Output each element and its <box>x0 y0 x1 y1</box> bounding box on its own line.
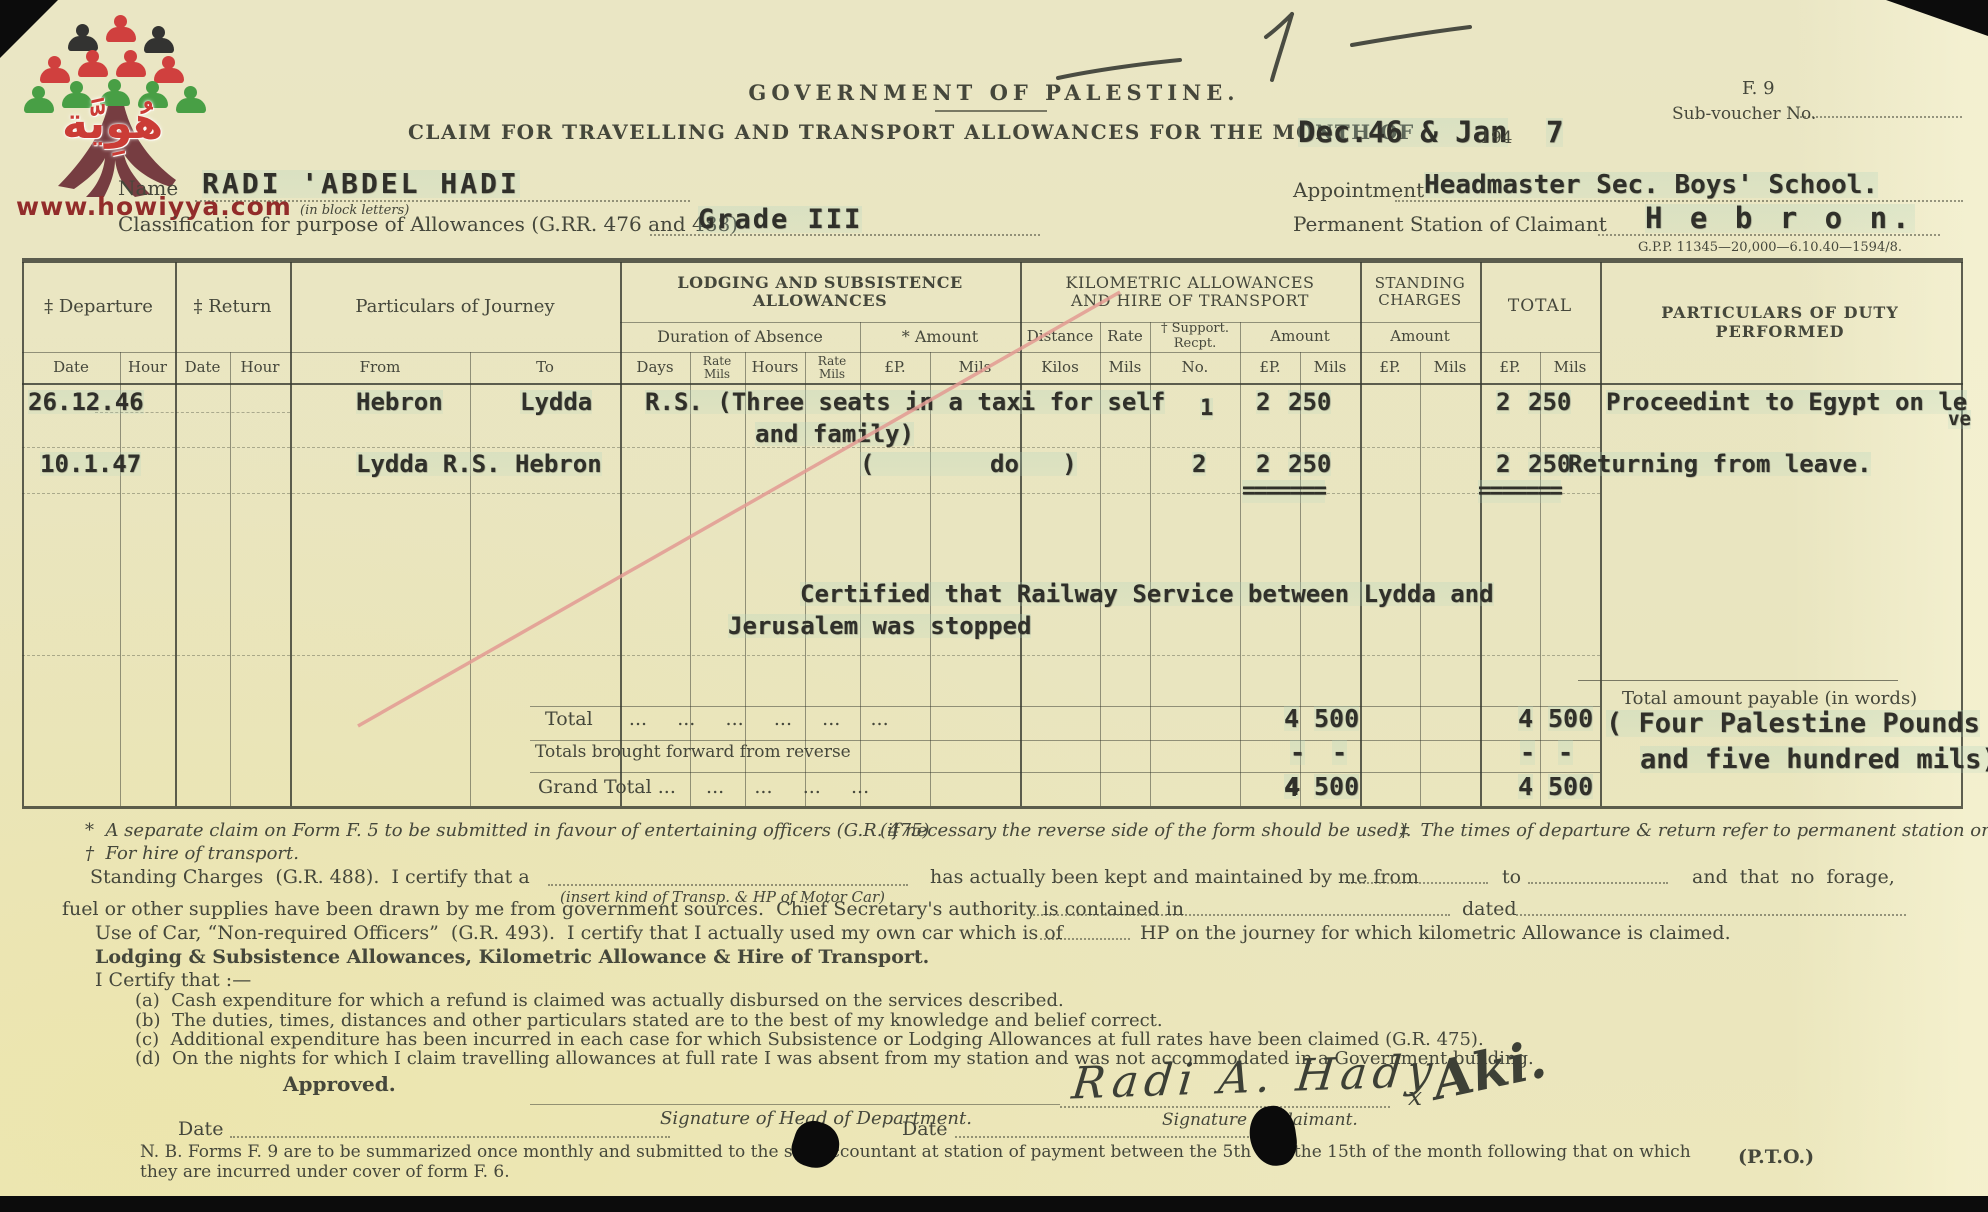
certify-item-b: (b) The duties, times, distances and oth… <box>135 1010 1163 1031</box>
table-line <box>690 352 691 806</box>
classification-label: Classification for purpose of Allowances… <box>118 212 738 236</box>
total-amount-lp: 4 <box>1284 706 1299 731</box>
col-ret-hour: Hour <box>230 352 290 383</box>
print-reference: G.P.P. 11345—20,000—6.10.40—1594/8. <box>1638 240 1902 255</box>
table-line <box>22 383 1963 385</box>
subhead-amount: Amount <box>1240 322 1360 352</box>
to-line <box>1528 882 1668 884</box>
logo-arabic-text: هُوِيَّة <box>62 98 163 149</box>
date-line-left <box>230 1136 670 1138</box>
col-mils-1: Mils <box>930 352 1020 383</box>
payable-words-line2: and five hundred mils) <box>1640 746 1988 773</box>
grand-total-mils: 500 <box>1548 774 1593 799</box>
table-line <box>1600 262 1602 806</box>
col-mils-rate: Mils <box>1100 352 1150 383</box>
col-lp-1: £P. <box>860 352 930 383</box>
subhead-standing-amount: Amount <box>1360 322 1480 352</box>
certify-item-c: (c) Additional expenditure has been incu… <box>135 1029 1484 1050</box>
fuel-supplies-text: fuel or other supplies have been drawn b… <box>62 898 1184 920</box>
col-kilos: Kilos <box>1020 352 1100 383</box>
nb-note: N. B. Forms F. 9 are to be summarized on… <box>140 1142 1720 1182</box>
table-line <box>230 352 231 806</box>
payable-in-words-label: Total amount payable (in words) <box>1622 688 1917 709</box>
i-certify-heading: I Certify that :— <box>95 969 251 991</box>
row1-amount-mils: 250 <box>1288 390 1331 414</box>
table-line <box>120 352 121 806</box>
row2-departure-date: 10.1.47 <box>40 452 141 476</box>
date-label-right: Date <box>902 1118 947 1140</box>
station-line <box>1598 234 1940 236</box>
row2-total-mils: 250 <box>1528 452 1571 476</box>
col-group-total: TOTAL <box>1480 262 1600 352</box>
row1-from: Hebron <box>356 390 443 414</box>
kept-maintained-text: has actually been kept and maintained by… <box>930 866 1419 888</box>
table-line <box>470 352 471 806</box>
row1-description-cont: and family) <box>755 422 914 446</box>
sub-voucher-label: Sub-voucher No. <box>1672 104 1816 124</box>
standing-charges-certify: Standing Charges (G.R. 488). I certify t… <box>90 866 530 888</box>
logo-person-icon <box>154 56 184 83</box>
row2-duty: Returning from leave. <box>1568 452 1871 476</box>
from-line <box>1348 882 1488 884</box>
grand-total-lp: 4 <box>1518 774 1533 799</box>
amount-equals-mark: ======= <box>1242 480 1325 503</box>
year-printed: 194 <box>1480 128 1512 148</box>
col-mils-4: Mils <box>1540 352 1600 383</box>
table-line <box>1420 352 1421 806</box>
month-typed: Dec.46 & Jan <box>1298 118 1508 147</box>
col-lp-4: £P. <box>1480 352 1540 383</box>
row1-support-no: 1 <box>1200 398 1213 420</box>
row1-description: R.S. (Three seats in a taxi for self <box>645 390 1165 414</box>
grand-amount-lp: 4 <box>1284 774 1299 799</box>
transport-kind-line <box>548 884 908 886</box>
col-from: From <box>290 352 470 383</box>
car-hp-line <box>1040 938 1130 940</box>
name-value: RADI 'ABDEL HADI <box>202 170 520 198</box>
logo-person-icon <box>78 50 108 77</box>
table-line <box>530 706 1600 707</box>
table-line <box>930 352 931 806</box>
row2-description: ( do ) <box>860 452 1077 476</box>
table-line <box>530 772 1600 773</box>
handwritten-page-number <box>1058 14 1470 80</box>
col-mils-2: Mils <box>1300 352 1360 383</box>
payable-box-top-rule <box>1578 680 1898 681</box>
x-mark: x <box>1408 1082 1422 1111</box>
table-line <box>745 352 746 806</box>
col-group-departure: ‡ Departure <box>22 262 175 352</box>
lodging-subsistence-heading: Lodging & Subsistence Allowances, Kilome… <box>95 946 929 968</box>
footnote-reverse-side: (if necessary the reverse side of the fo… <box>880 820 1411 841</box>
row2-amount-mils: 250 <box>1288 452 1331 476</box>
grand-amount-mils: 500 <box>1314 774 1359 799</box>
col-dep-hour: Hour <box>120 352 175 383</box>
grand-total-label: Grand Total ... ... ... ... ... <box>538 776 869 798</box>
row2-route: Lydda R.S. Hebron <box>356 452 602 476</box>
date-line-right <box>955 1136 1285 1138</box>
col-lp-3: £P. <box>1360 352 1420 383</box>
col-rate-mils-1: Rate Mils <box>692 352 742 383</box>
col-to: To <box>470 352 620 383</box>
name-label: Name <box>118 176 178 200</box>
footnote-times: ‡ The times of departure & return refer … <box>1400 820 1988 841</box>
brought-amount-lp-dash: - <box>1290 740 1305 765</box>
logo-person-icon <box>106 15 136 42</box>
col-group-standing: STANDING CHARGES <box>1360 262 1480 322</box>
logo-person-icon <box>40 56 70 83</box>
subhead-amount-star: * Amount <box>860 322 1020 352</box>
name-line <box>195 200 690 202</box>
table-line <box>22 806 1963 809</box>
total-total-mils: 500 <box>1548 706 1593 731</box>
scan-corner-top-right <box>1886 0 1988 36</box>
no-forage-text: and that no forage, <box>1692 866 1895 888</box>
row2-amount-lp: 2 <box>1256 452 1270 476</box>
total-total-lp: 4 <box>1518 706 1533 731</box>
certify-item-a: (a) Cash expenditure for which a refund … <box>135 990 1064 1011</box>
sub-voucher-line <box>1800 116 1962 118</box>
pto-label: (P.T.O.) <box>1738 1146 1814 1168</box>
col-ret-date: Date <box>175 352 230 383</box>
year-typed: 7 <box>1546 118 1563 147</box>
brought-amount-mils-dash: - <box>1332 740 1347 765</box>
scanned-claim-form: هُوِيَّة www.howiyya.com F. 9 Sub-vouche… <box>0 0 1988 1212</box>
station-value: H e b r o n. <box>1645 204 1915 233</box>
dashed-guide-line <box>22 493 1600 494</box>
subhead-rate: Rate <box>1100 322 1150 352</box>
row1-departure-date: 26.12.46 <box>28 390 144 414</box>
total-row-label: Total ... ... ... ... ... ... <box>545 708 889 730</box>
footnote-hire: † For hire of transport. <box>85 843 299 864</box>
col-group-lodging: LODGING AND SUBSISTENCE ALLOWANCES <box>650 262 990 322</box>
authority-line <box>1030 914 1450 916</box>
brought-total-lp-dash: - <box>1520 740 1535 765</box>
total-amount-mils: 500 <box>1314 706 1359 731</box>
col-hours: Hours <box>745 352 805 383</box>
logo-person-icon <box>68 24 98 51</box>
claimant-signature-line <box>1060 1106 1390 1108</box>
row1-duty: Proceedint to Egypt on le <box>1606 390 1967 414</box>
certified-note-line1: Certified that Railway Service between L… <box>800 582 1494 606</box>
col-group-duty: PARTICULARS OF DUTY PERFORMED <box>1660 262 1900 383</box>
table-line <box>1240 322 1241 806</box>
col-dep-date: Date <box>22 352 120 383</box>
row1-to: Lydda <box>520 390 592 414</box>
logo-person-icon <box>116 50 146 77</box>
appointment-label: Appointment <box>1293 178 1424 202</box>
classification-value: Grade III <box>698 206 862 233</box>
government-title: GOVERNMENT OF PALESTINE. <box>0 80 1988 105</box>
subhead-duration: Duration of Absence <box>620 322 860 352</box>
certified-note-line2: Jerusalem was stopped <box>728 614 1031 638</box>
col-group-kilometric: KILOMETRIC ALLOWANCES AND HIRE OF TRANSP… <box>1050 262 1330 322</box>
brought-forward-label: Totals brought forward from reverse <box>535 742 851 762</box>
row1-duty-wrap: ve <box>1948 410 1971 429</box>
col-days: Days <box>620 352 690 383</box>
logo-person-icon <box>144 26 174 53</box>
row1-amount-lp: 2 <box>1256 390 1270 414</box>
row1-total-lp: 2 <box>1496 390 1510 414</box>
row2-total-lp: 2 <box>1496 452 1510 476</box>
col-group-journey: Particulars of Journey <box>290 262 620 352</box>
dated-label: dated <box>1462 898 1517 920</box>
row2-support-no: 2 <box>1192 452 1206 476</box>
station-label: Permanent Station of Claimant <box>1293 212 1607 236</box>
col-receipt-no: No. <box>1150 352 1240 383</box>
col-group-return: ‡ Return <box>175 262 290 352</box>
dashed-guide-line <box>22 655 1600 656</box>
col-mils-3: Mils <box>1420 352 1480 383</box>
to-label: to <box>1502 866 1521 888</box>
claim-title: CLAIM FOR TRAVELLING AND TRANSPORT ALLOW… <box>408 120 1415 144</box>
subhead-support-receipt: † Support. Recpt. <box>1152 320 1238 354</box>
appointment-value: Headmaster Sec. Boys' School. <box>1424 172 1878 198</box>
use-of-car-text: Use of Car, “Non-required Officers” (G.R… <box>95 922 1063 944</box>
row1-total-mils: 250 <box>1528 390 1571 414</box>
col-lp-2: £P. <box>1240 352 1300 383</box>
col-rate-mils-2: Rate Mils <box>807 352 857 383</box>
brought-total-mils-dash: - <box>1558 740 1573 765</box>
approved-label: Approved. <box>283 1072 396 1096</box>
classification-line <box>650 234 1040 236</box>
payable-words-line1: ( Four Palestine Pounds <box>1606 710 1980 737</box>
footnote-separate-claim: * A separate claim on Form F. 5 to be su… <box>85 820 930 841</box>
total-equals-mark: ======= <box>1478 480 1561 503</box>
table-line <box>1540 352 1541 806</box>
subhead-distance: Distance <box>1020 322 1100 352</box>
table-line <box>530 740 1600 741</box>
scan-bottom-bar <box>0 1196 1988 1212</box>
car-hp-text: HP on the journey for which kilometric A… <box>1140 922 1731 944</box>
date-label-left: Date <box>178 1118 223 1140</box>
dated-line <box>1516 914 1906 916</box>
head-signature-line <box>530 1104 1060 1105</box>
title-rule <box>935 110 1047 112</box>
